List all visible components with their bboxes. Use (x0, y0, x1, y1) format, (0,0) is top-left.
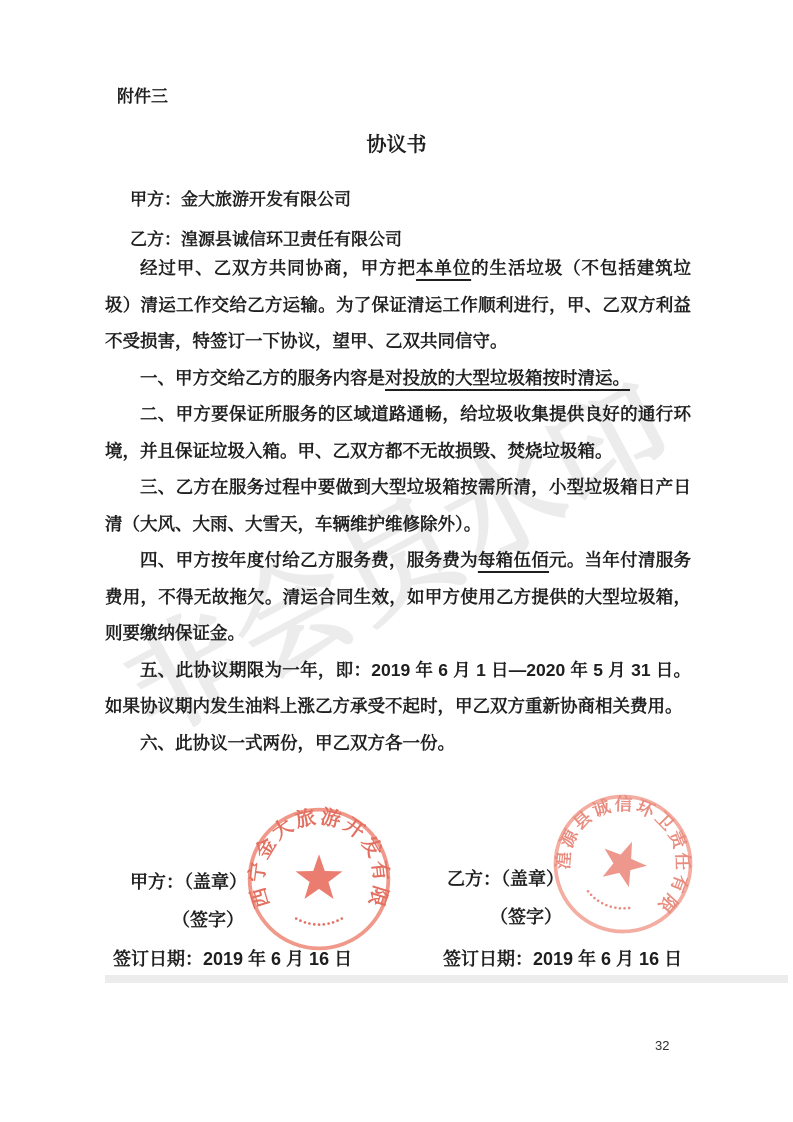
paragraph-text: 一、甲方交给乙方的服务内容是 (140, 368, 385, 388)
seal-b-company-text: 湟源县诚信环卫责任有限公司 (532, 768, 719, 922)
paragraph-text: 二、甲方要保证所服务的区域道路通畅，给垃圾收集提供良好的通行环境，并且保证垃圾入… (105, 404, 691, 461)
seal-b-code-dots (584, 890, 631, 915)
paragraph: 五、此协议期限为一年，即：2019 年 6 月 1 日—2020 年 5 月 3… (105, 652, 691, 725)
party-a-line: 甲方：金大旅游开发有限公司 (130, 180, 402, 220)
star-icon (296, 854, 343, 899)
page-number: 32 (655, 1038, 669, 1053)
svg-text:湟源县诚信环卫责任有限公司: 湟源县诚信环卫责任有限公司 (532, 768, 719, 922)
paragraph: 二、甲方要保证所服务的区域道路通畅，给垃圾收集提供良好的通行环境，并且保证垃圾入… (105, 396, 691, 469)
paragraph-text: 四、甲方按年度付给乙方服务费，服务费为 (140, 550, 478, 570)
paragraph: 经过甲、乙双方共同协商，甲方把本单位的生活垃圾（不包括建筑垃圾）清运工作交给乙方… (105, 250, 691, 360)
company-seal-a: 西宁金大旅游开发有限公司 (243, 803, 395, 955)
document-page: 非会员水印 附件三 协议书 甲方：金大旅游开发有限公司 乙方：湟源县诚信环卫责任… (0, 0, 793, 1122)
paragraph-text: 六、此协议一式两份，甲乙双方各一份。 (140, 733, 455, 753)
paragraph-text: 经过甲、乙双方共同协商，甲方把 (140, 258, 416, 278)
star-icon (595, 833, 654, 890)
parties-block: 甲方：金大旅游开发有限公司 乙方：湟源县诚信环卫责任有限公司 (130, 180, 402, 260)
party-a-sign-label: （签字） (172, 906, 244, 932)
paragraph: 一、甲方交给乙方的服务内容是对投放的大型垃圾箱按时清运。 (105, 360, 691, 397)
document-title: 协议书 (0, 128, 793, 157)
party-a-seal-label: 甲方：（盖章） (130, 868, 247, 894)
footer-divider (105, 975, 788, 983)
paragraph: 四、甲方按年度付给乙方服务费，服务费为每箱伍佰元。当年付清服务费用，不得无故拖欠… (105, 542, 691, 652)
paragraph: 三、乙方在服务过程中要做到大型垃圾箱按需所清，小型垃圾箱日产日清（大风、大雨、大… (105, 469, 691, 542)
emphasized-text: 对投放的大型垃圾箱按时清运。 (385, 368, 630, 388)
emphasized-text: 本单位 (416, 258, 471, 278)
emphasized-text: 每箱伍佰 (478, 550, 549, 570)
attachment-label: 附件三 (117, 82, 168, 107)
paragraph-text: 三、乙方在服务过程中要做到大型垃圾箱按需所清，小型垃圾箱日产日清（大风、大雨、大… (105, 477, 691, 534)
paragraph-text: 五、此协议期限为一年，即： (140, 660, 371, 680)
paragraph: 六、此协议一式两份，甲乙双方各一份。 (105, 725, 691, 762)
company-seal-b: 湟源县诚信环卫责任有限公司 (527, 768, 720, 961)
agreement-body: 经过甲、乙双方共同协商，甲方把本单位的生活垃圾（不包括建筑垃圾）清运工作交给乙方… (105, 250, 691, 761)
seal-a-code-dots (295, 917, 343, 926)
emphasized-text: 2019 年 6 月 1 日—2020 年 5 月 31 日 (371, 660, 673, 680)
